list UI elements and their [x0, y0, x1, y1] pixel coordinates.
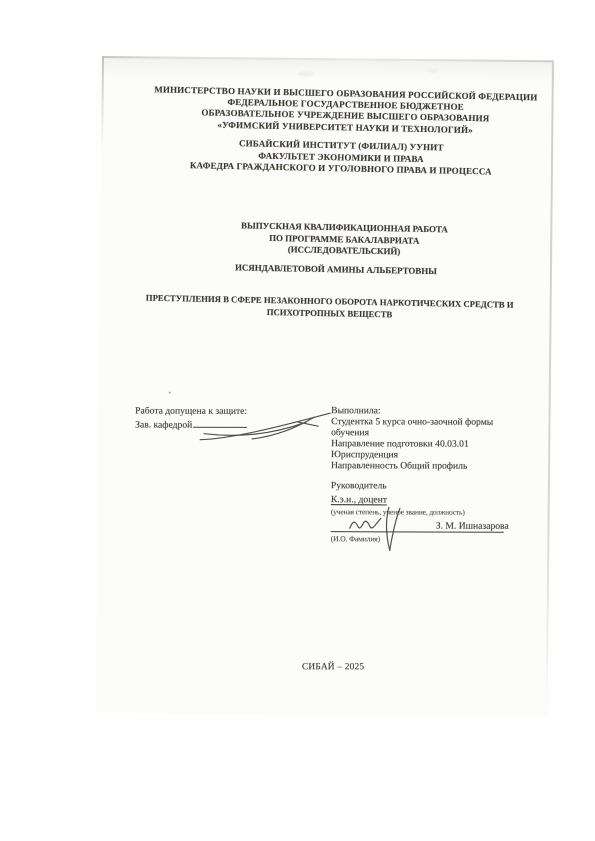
supervisor-name-hint: (И.О. Фамилия) — [331, 534, 380, 543]
signature-form-area: Работа допущена к защите: Зав. кафедрой … — [97, 57, 551, 716]
scanned-title-page: МИНИСТЕРСТВО НАУКИ И ВЫСШЕГО ОБРАЗОВАНИЯ… — [96, 56, 554, 717]
performer-line-2: обучения — [331, 427, 493, 439]
city-year-footer: СИБАЙ – 2025 — [107, 662, 559, 672]
performer-line-3: Направление подготовки 40.03.01 — [331, 438, 493, 450]
performer-heading: Выполнила: — [331, 405, 493, 417]
approval-signer-label: Зав. кафедрой — [135, 420, 192, 431]
performer-block: Выполнила: Студентка 5 курса очно-заочно… — [331, 405, 493, 472]
performer-line-5: Направленность Общий профиль — [331, 461, 493, 473]
supervisor-name: З. М. Ишназарова — [436, 521, 509, 532]
department-head-signature — [194, 408, 334, 446]
performer-line-1: Студентка 5 курса очно-заочной формы — [331, 416, 493, 428]
supervisor-heading: Руководитель — [331, 480, 387, 492]
supervisor-signature — [343, 502, 407, 554]
